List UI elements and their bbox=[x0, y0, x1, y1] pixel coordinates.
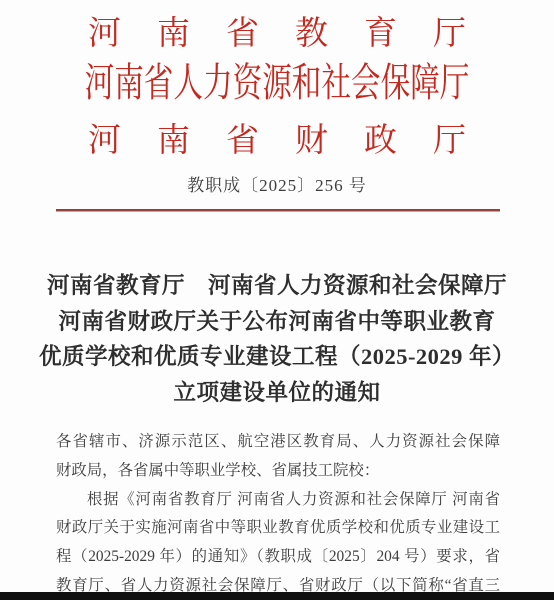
title-line-2: 河南省财政厅关于公布河南省中等职业教育 bbox=[0, 304, 554, 340]
letterhead: 河南省教育厅 河南省人力资源和社会保障厅 河南省财政厅 bbox=[0, 0, 554, 165]
body-line-paragraph-2: 财政厅关于实施河南省中等职业教育优质学校和优质专业建设工 bbox=[56, 514, 500, 543]
body-line-salutation-1: 各省辖市、济源示范区、航空港区教育局、人力资源社会保障局、 bbox=[56, 428, 500, 457]
letterhead-org-finance: 河南省财政厅 bbox=[0, 117, 554, 165]
red-separator-line bbox=[56, 209, 500, 212]
document-page: 河南省教育厅 河南省人力资源和社会保障厅 河南省财政厅 教职成〔2025〕256… bbox=[0, 0, 554, 600]
letterhead-org-hr-social-security: 河南省人力资源和社会保障厅 bbox=[0, 58, 554, 117]
document-title: 河南省教育厅 河南省人力资源和社会保障厅 河南省财政厅关于公布河南省中等职业教育… bbox=[0, 268, 554, 410]
letterhead-org-education: 河南省教育厅 bbox=[0, 10, 554, 58]
bottom-edge-bar bbox=[0, 592, 554, 600]
title-line-1: 河南省教育厅 河南省人力资源和社会保障厅 bbox=[0, 268, 554, 304]
body-line-paragraph-3: 程（2025-2029 年）的通知》（教职成〔2025〕204 号）要求，省 bbox=[56, 543, 500, 572]
title-line-3: 优质学校和优质专业建设工程（2025-2029 年） bbox=[0, 339, 554, 375]
document-number: 教职成〔2025〕256 号 bbox=[0, 175, 554, 197]
letterhead-org-hr-social-security-text: 河南省人力资源和社会保障厅 bbox=[85, 58, 470, 108]
body-paragraphs: 各省辖市、济源示范区、航空港区教育局、人力资源社会保障局、 财政局，各省属中等职… bbox=[56, 428, 500, 600]
body-line-paragraph-1: 根据《河南省教育厅 河南省人力资源和社会保障厅 河南省 bbox=[56, 486, 500, 515]
title-line-4: 立项建设单位的通知 bbox=[0, 375, 554, 411]
body-line-salutation-2: 财政局，各省属中等职业学校、省属技工院校： bbox=[56, 457, 500, 486]
